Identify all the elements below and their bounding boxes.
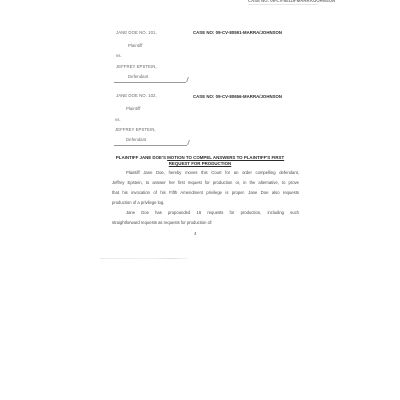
previous-page-rule [248, 4, 318, 5]
paragraph-1-line-2: Jeffrey Epstein, to answer her first req… [112, 180, 299, 185]
plaintiff-name: JANE DOE NO. 101, [116, 30, 157, 35]
case-number: CASE NO: 09-CV-80656-MARRA/JOHNSON [193, 94, 282, 99]
page-number: 4 [194, 231, 197, 236]
caption-bracket-line [114, 82, 186, 83]
paragraph-2-line-1: Jane Doe has propounded 16 requests for … [126, 210, 299, 215]
caption-bracket-line [114, 145, 187, 146]
motion-title-line-1: PLAINTIFF JANE DOE'S MOTION TO COMPEL AN… [100, 155, 300, 160]
defendant-name: JEFFREY EPSTEIN, [116, 64, 157, 69]
versus-label: vs. [115, 117, 121, 122]
motion-title-line-2: REQUEST FOR PRODUCTION [100, 161, 300, 166]
previous-page-case-number: CASE NO: 09-CV-80119-MARRA/JOHNSON [248, 0, 335, 3]
defendant-role: Defendant [126, 137, 146, 142]
paragraph-2-line-2: straightforward requests as requests for… [112, 220, 299, 225]
paragraph-1-line-3: that his invocation of his Fifth Amendme… [112, 190, 299, 195]
motion-title-prefix: PLAINTIFF JANE DOE'S [116, 155, 167, 160]
plaintiff-role: Plaintiff [128, 43, 142, 48]
caption-bracket-tick [187, 140, 190, 145]
plaintiff-role: Plaintiff [126, 106, 140, 111]
defendant-name: JEFFREY EPSTEIN, [115, 127, 156, 132]
caption-bracket-tick [186, 77, 189, 82]
defendant-role: Defendant [128, 74, 148, 79]
plaintiff-name: JANE DOE NO. 102, [116, 93, 157, 98]
paragraph-1-line-1: Plaintiff Jane Doe, hereby moves this Co… [126, 170, 299, 175]
versus-label: vs. [116, 53, 122, 58]
paragraph-1-line-4: production of a privilege log. [112, 200, 299, 205]
case-number: CASE NO: 09-CV-80591-MARRA/JOHNSON [193, 30, 282, 35]
scan-artifact-rule [100, 258, 188, 259]
motion-title-underlined: MOTION TO COMPEL ANSWERS TO PLAINTIFF'S … [167, 155, 284, 160]
